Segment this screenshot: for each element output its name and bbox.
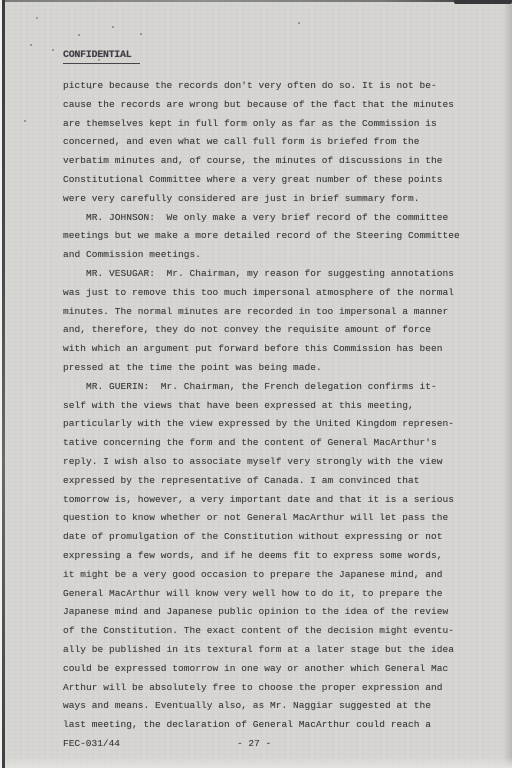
text-line: concerned, and even what we call full fo… — [63, 133, 465, 152]
scan-speckle — [24, 120, 26, 122]
text-line: Constitutional Committee where a very gr… — [63, 171, 465, 190]
text-line: ally be published in its textural form a… — [63, 641, 465, 660]
text-line: MR. GUERIN: Mr. Chairman, the French del… — [63, 378, 465, 397]
text-line: ways and means. Eventually also, as Mr. … — [63, 697, 465, 716]
text-line: verbatim minutes and, of course, the min… — [63, 152, 465, 171]
text-line: pressed at the time the point was being … — [63, 359, 465, 378]
page-number: - 27 - — [237, 735, 271, 754]
scan-speckle — [140, 33, 142, 35]
text-line: meetings but we make a more detailed rec… — [63, 227, 465, 246]
text-line: picture because the records don't very o… — [63, 77, 465, 96]
text-line: reply. I wish also to associate myself v… — [63, 453, 465, 472]
text-line: it might be a very good occasion to prep… — [63, 566, 465, 585]
scan-edge-right-shadow — [503, 0, 512, 768]
scan-speckle — [112, 26, 114, 28]
text-line: General MacArthur will know very well ho… — [63, 585, 465, 604]
text-line: MR. VESUGAR: Mr. Chairman, my reason for… — [63, 265, 465, 284]
scan-edge-top — [0, 0, 512, 2]
document-body: picture because the records don't very o… — [63, 77, 465, 735]
text-line: last meeting, the declaration of General… — [63, 716, 465, 735]
text-line: cause the records are wrong but because … — [63, 96, 465, 115]
text-line: self with the views that have been expre… — [63, 397, 465, 416]
text-line: and, therefore, they do not convey the r… — [63, 321, 465, 340]
text-line: and Commission meetings. — [63, 246, 465, 265]
text-line: tative concerning the form and the conte… — [63, 434, 465, 453]
text-line: of the Constitution. The exact content o… — [63, 622, 465, 641]
scan-speckle — [298, 22, 300, 24]
scan-speckle — [36, 17, 38, 19]
document-number: FEC-031/44 — [63, 738, 120, 749]
text-line: expressed by the representative of Canad… — [63, 472, 465, 491]
scan-edge-bottom — [0, 757, 512, 768]
scan-edge-left-dark — [2, 0, 5, 768]
text-line: particularly with the view expressed by … — [63, 415, 465, 434]
text-line: tomorrow is, however, a very important d… — [63, 491, 465, 510]
scan-speckle — [52, 49, 54, 51]
text-line: question to know whether or not General … — [63, 509, 465, 528]
scan-edge-top-right — [454, 0, 512, 4]
text-line: with which an argument put forward befor… — [63, 340, 465, 359]
scanned-document-page: CONFIDENTIAL picture because the records… — [0, 0, 512, 768]
text-line: are themselves kept in full form only as… — [63, 115, 465, 134]
text-line: could be expressed tomorrow in one way o… — [63, 660, 465, 679]
classification-header: CONFIDENTIAL — [63, 50, 140, 64]
text-line: minutes. The normal minutes are recorded… — [63, 303, 465, 322]
scan-speckle — [78, 34, 80, 36]
text-line: MR. JOHNSON: We only make a very brief r… — [63, 209, 465, 228]
text-line: expressing a few words, and if he deems … — [63, 547, 465, 566]
text-line: date of promulgation of the Constitution… — [63, 528, 465, 547]
text-line: Japanese mind and Japanese public opinio… — [63, 603, 465, 622]
text-line: Arthur will be absolutely free to choose… — [63, 679, 465, 698]
document-footer: FEC-031/44 - 27 - — [63, 735, 465, 754]
text-line: was just to remove this too much imperso… — [63, 284, 465, 303]
document-content: CONFIDENTIAL picture because the records… — [63, 44, 465, 754]
scan-speckle — [30, 44, 32, 46]
text-line: were very carefully considered are just … — [63, 190, 465, 209]
